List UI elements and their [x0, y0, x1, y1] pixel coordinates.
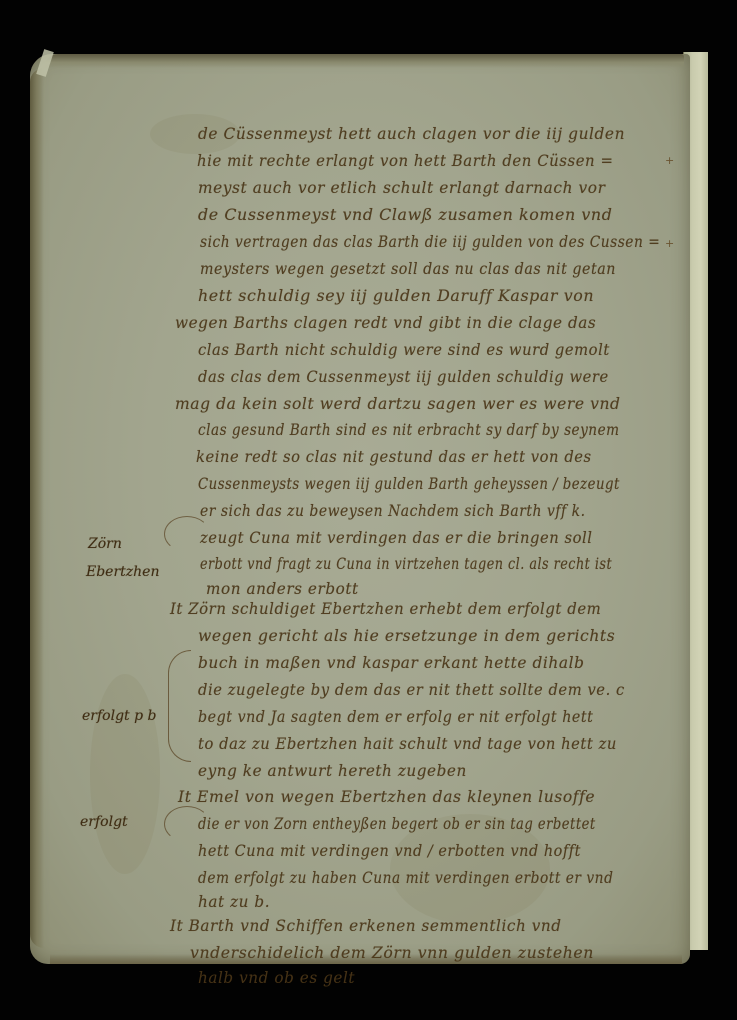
body-line: erbott vnd fragt zu Cuna in virtzehen ta…	[200, 554, 612, 573]
body-line: mag da kein solt werd dartzu sagen wer e…	[175, 394, 621, 413]
body-line: vnderschidelich dem Zörn vnn gulden zust…	[190, 943, 594, 962]
manuscript-page: de Cüssenmeyst hett auch clagen vor die …	[30, 54, 690, 964]
bracket-flourish	[168, 650, 191, 762]
body-line: hat zu b.	[198, 892, 270, 911]
body-line: hett schuldig sey iij gulden Daruff Kasp…	[198, 286, 594, 305]
body-line: It Barth vnd Schiffen erkenen semmentlic…	[170, 916, 562, 935]
body-line: er sich das zu beweysen Nachdem sich Bar…	[200, 501, 586, 520]
body-line: de Cussenmeyst vnd Clawß zusamen komen v…	[198, 205, 612, 224]
body-line: sich vertragen das clas Barth die iij gu…	[200, 232, 660, 251]
body-line: mon anders erbott	[206, 579, 359, 598]
initial-flourish	[164, 516, 210, 552]
body-line: zeugt Cuna mit verdingen das er die brin…	[200, 528, 593, 547]
photo-background: de Cüssenmeyst hett auch clagen vor die …	[0, 0, 737, 1020]
body-line: wegen gericht als hie ersetzunge in dem …	[198, 626, 615, 645]
cross-mark-icon: +	[665, 237, 674, 250]
body-line: hie mit rechte erlangt von hett Barth de…	[197, 151, 614, 170]
margin-note-erfolgt-pb: erfolgt p b	[82, 708, 156, 724]
body-line: It Zörn schuldiget Ebertzhen erhebt dem …	[170, 599, 601, 618]
body-line: halb vnd ob es gelt	[198, 968, 355, 987]
margin-note-zoern: Zörn	[88, 536, 122, 552]
initial-flourish	[164, 806, 210, 842]
body-line: die er von Zorn entheyßen begert ob er s…	[198, 814, 596, 833]
body-line: to daz zu Ebertzhen hait schult vnd tage…	[198, 734, 617, 753]
body-line: das clas dem Cussenmeyst iij gulden schu…	[198, 367, 609, 386]
body-line: de Cüssenmeyst hett auch clagen vor die …	[198, 124, 625, 143]
body-line: hett Cuna mit verdingen vnd / erbotten v…	[198, 841, 581, 860]
body-line: begt vnd Ja sagten dem er erfolg er nit …	[198, 707, 593, 726]
margin-note-erfolgt: erfolgt	[80, 814, 128, 830]
body-line: clas gesund Barth sind es nit erbracht s…	[198, 420, 620, 439]
body-line: die zugelegte by dem das er nit thett so…	[198, 680, 625, 699]
body-line: eyng ke antwurt hereth zugeben	[198, 761, 467, 780]
body-line: meysters wegen gesetzt soll das nu clas …	[200, 259, 616, 278]
body-line: meyst auch vor etlich schult erlangt dar…	[198, 178, 606, 197]
body-line: clas Barth nicht schuldig were sind es w…	[198, 340, 610, 359]
margin-note-ebertzhen: Ebertzhen	[86, 564, 159, 580]
cross-mark-icon: +	[665, 154, 674, 167]
body-line: It Emel von wegen Ebertzhen das kleynen …	[178, 787, 595, 806]
body-line: buch in maßen vnd kaspar erkant hette di…	[198, 653, 585, 672]
body-line: wegen Barths clagen redt vnd gibt in die…	[175, 313, 596, 332]
body-text: de Cüssenmeyst hett auch clagen vor die …	[30, 54, 690, 964]
body-line: dem erfolgt zu haben Cuna mit verdingen …	[198, 868, 613, 887]
body-line: Cussenmeysts wegen iij gulden Barth gehe…	[198, 474, 620, 493]
body-line: keine redt so clas nit gestund das er he…	[196, 447, 592, 466]
